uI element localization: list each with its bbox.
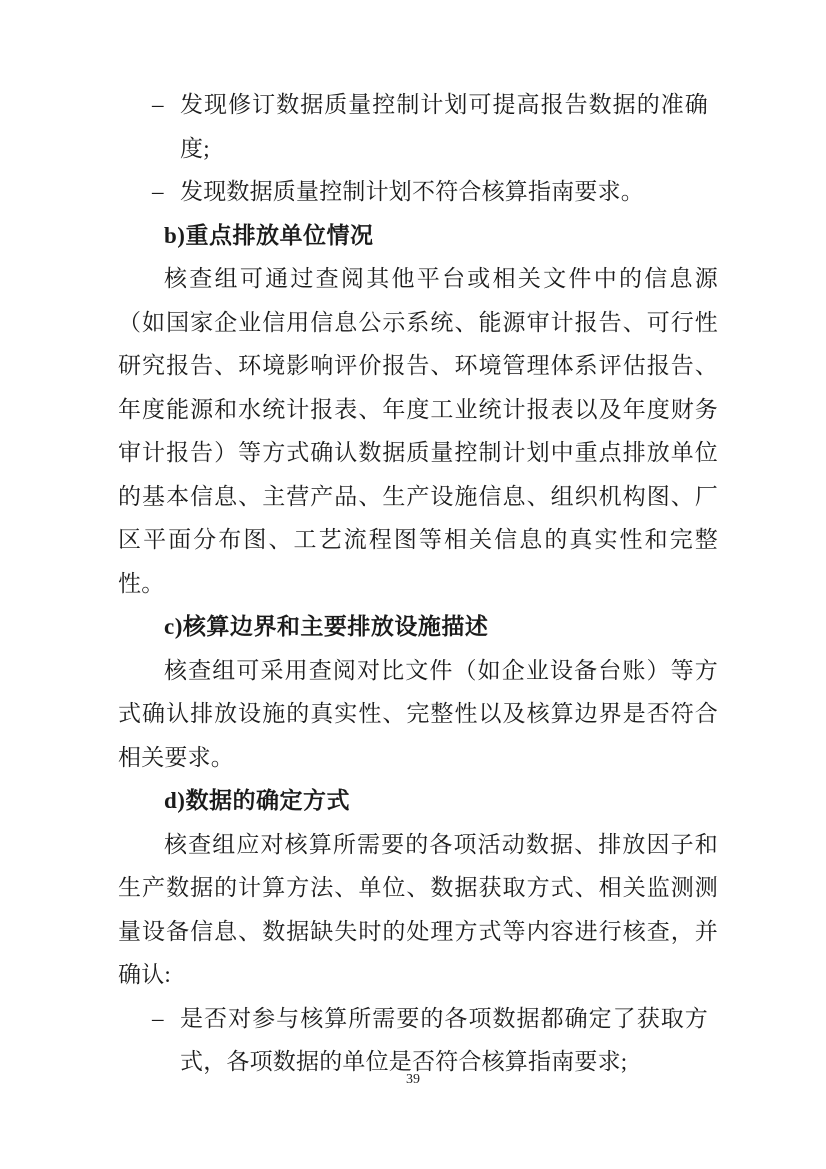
page-content: –发现修订数据质量控制计划可提高报告数据的准确度;–发现数据质量控制计划不符合核… <box>118 83 718 1084</box>
list-item: –发现数据质量控制计划不符合核算指南要求。 <box>118 170 718 214</box>
bullet-dash: – <box>152 170 164 214</box>
list-item-text: 是否对参与核算所需要的各项数据都确定了获取方式，各项数据的单位是否符合核算指南要… <box>180 1006 708 1075</box>
paragraph: 核查组可采用查阅对比文件（如企业设备台账）等方式确认排放设施的真实性、完整性以及… <box>118 649 718 780</box>
list-item: –是否对参与核算所需要的各项数据都确定了获取方式，各项数据的单位是否符合核算指南… <box>118 997 718 1084</box>
list-item: –发现修订数据质量控制计划可提高报告数据的准确度; <box>118 83 718 170</box>
list-item-text: 发现数据质量控制计划不符合核算指南要求。 <box>180 179 644 204</box>
paragraph: 核查组可通过查阅其他平台或相关文件中的信息源（如国家企业信用信息公示系统、能源审… <box>118 257 718 605</box>
bullet-dash: – <box>152 83 164 127</box>
page-number: 39 <box>0 1072 826 1088</box>
document-page: –发现修订数据质量控制计划可提高报告数据的准确度;–发现数据质量控制计划不符合核… <box>0 0 826 1169</box>
section-heading: b)重点排放单位情况 <box>118 214 718 258</box>
section-heading: d)数据的确定方式 <box>118 779 718 823</box>
bullet-dash: – <box>152 997 164 1041</box>
section-heading: c)核算边界和主要排放设施描述 <box>118 605 718 649</box>
paragraph: 核查组应对核算所需要的各项活动数据、排放因子和生产数据的计算方法、单位、数据获取… <box>118 823 718 997</box>
list-item-text: 发现修订数据质量控制计划可提高报告数据的准确度; <box>180 92 708 161</box>
